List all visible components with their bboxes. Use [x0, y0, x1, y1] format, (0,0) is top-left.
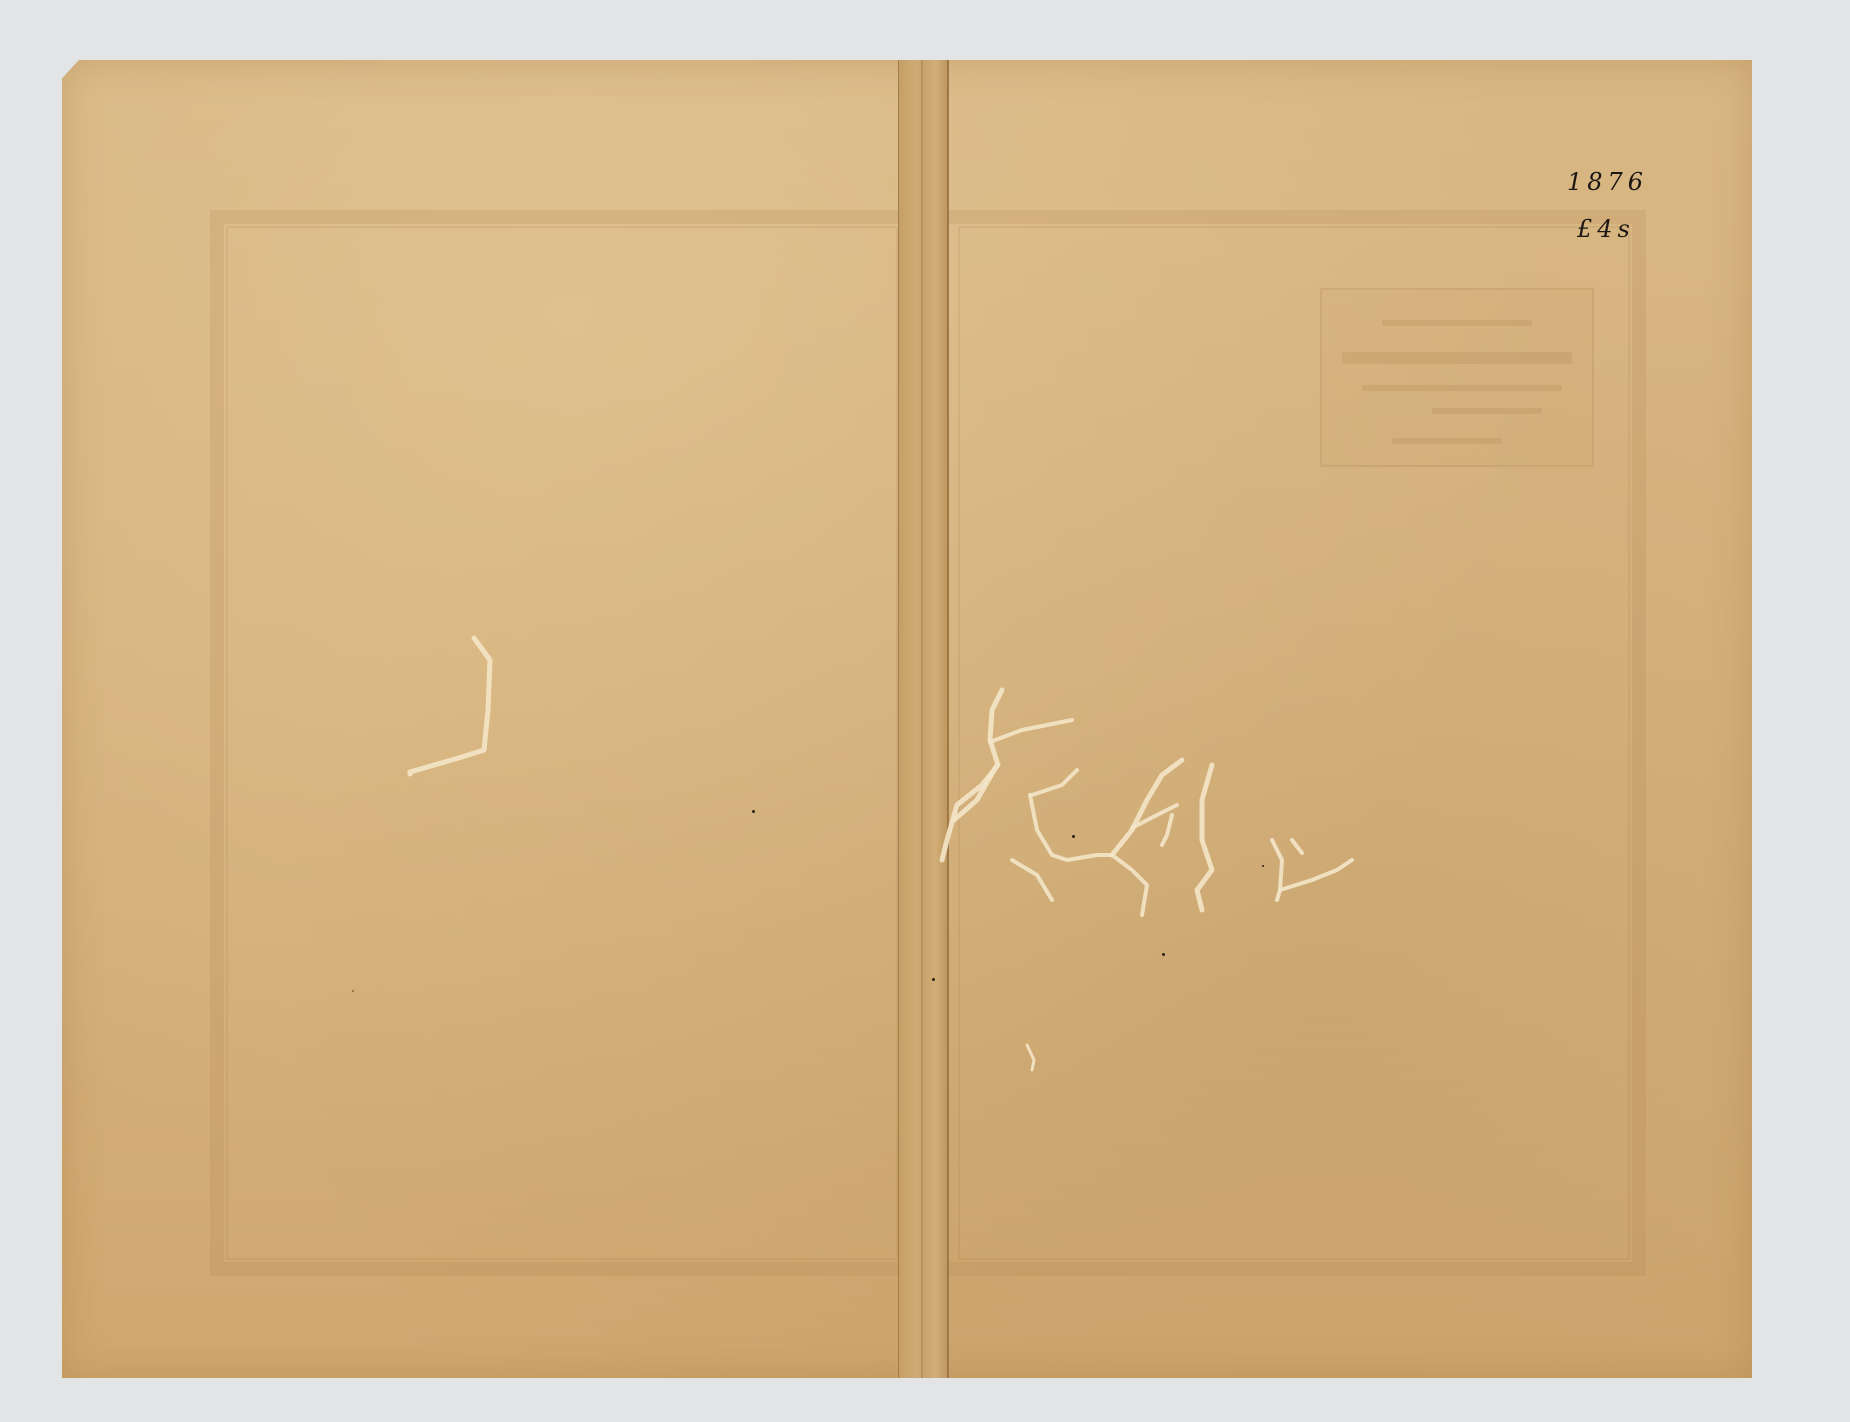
foxing-spot — [752, 810, 755, 813]
foxing-spot — [1262, 865, 1264, 867]
crackle-marks — [62, 60, 1752, 1378]
foxing-spot — [932, 978, 935, 981]
handwritten-price: £4s — [1577, 215, 1635, 243]
handwritten-year: 1876 — [1567, 168, 1648, 196]
foxing-spot — [1162, 953, 1165, 956]
map-sheet-verso: 1876 £4s — [62, 60, 1752, 1378]
foxing-spot — [352, 990, 354, 992]
foxing-spot — [1072, 835, 1075, 838]
